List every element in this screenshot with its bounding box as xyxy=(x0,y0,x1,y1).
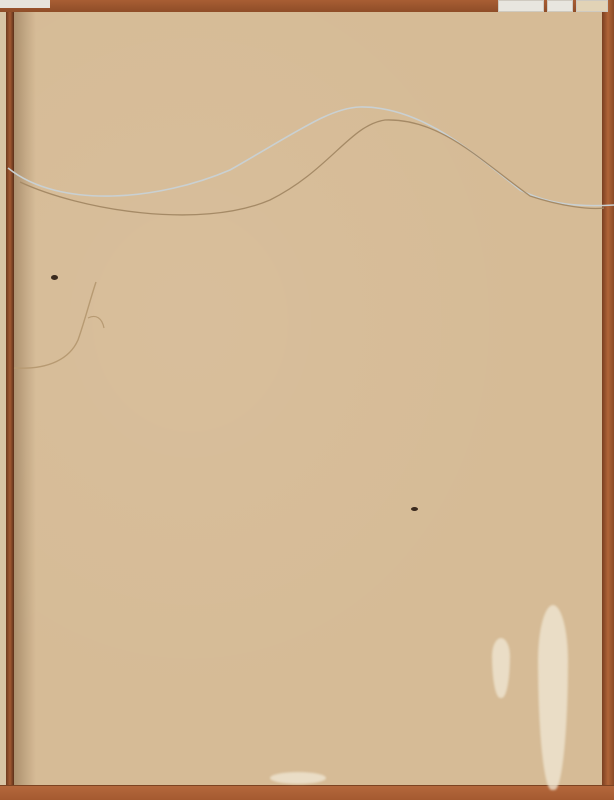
photo-scene xyxy=(0,0,614,800)
hanging-wire xyxy=(0,0,614,800)
